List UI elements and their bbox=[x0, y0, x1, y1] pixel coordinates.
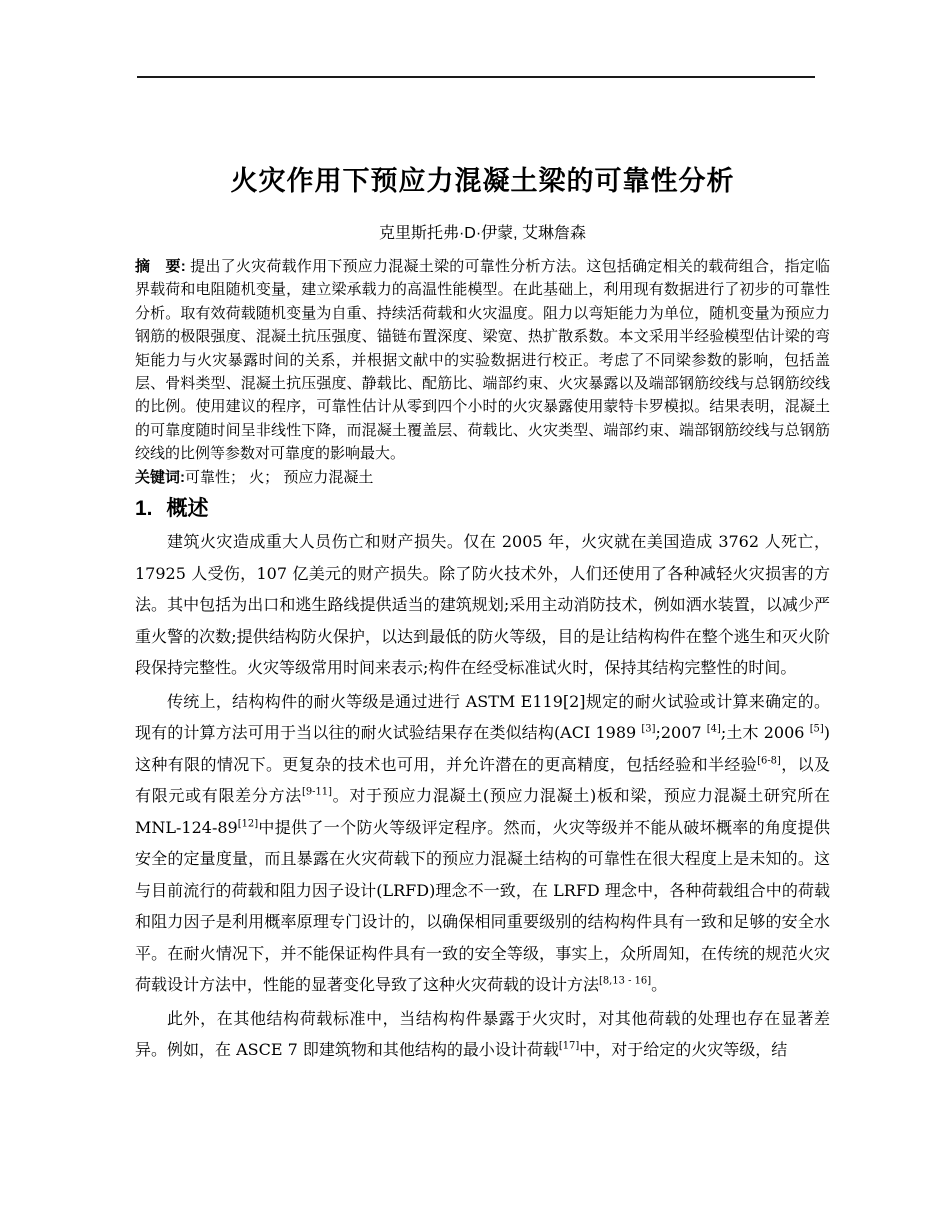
keywords-label: 关键词: bbox=[135, 469, 185, 486]
text-run: ;2007 bbox=[655, 723, 706, 742]
citation-ref: [5] bbox=[810, 724, 824, 735]
abstract-paragraph: 摘 要: 提出了火灾荷载作用下预应力混凝土梁的可靠性分析方法。这包括确定相关的载… bbox=[135, 255, 830, 466]
body-paragraph-1: 建筑火灾造成重大人员伤亡和财产损失。仅在 2005 年，火灾就在美国造成 376… bbox=[135, 526, 830, 684]
text-run: 中提供了一个防火等级评定程序。然而，火灾等级并不能从破坏概率的角度提供安全的定量… bbox=[135, 818, 830, 995]
citation-ref: [6-8] bbox=[757, 755, 781, 766]
paper-title: 火灾作用下预应力混凝土梁的可靠性分析 bbox=[135, 162, 830, 202]
paper-page: 火灾作用下预应力混凝土梁的可靠性分析 克里斯托弗·D·伊蒙, 艾琳詹森 摘 要:… bbox=[0, 0, 952, 1232]
keywords-line: 关键词:可靠性； 火； 预应力混凝土 bbox=[135, 466, 830, 489]
keywords-text: 可靠性； 火； 预应力混凝土 bbox=[185, 469, 373, 486]
citation-ref: [3] bbox=[641, 724, 655, 735]
citation-ref: [17] bbox=[559, 1041, 579, 1052]
page-content: 火灾作用下预应力混凝土梁的可靠性分析 克里斯托弗·D·伊蒙, 艾琳詹森 摘 要:… bbox=[135, 0, 830, 1066]
paper-authors: 克里斯托弗·D·伊蒙, 艾琳詹森 bbox=[135, 224, 830, 244]
citation-ref: [9-11] bbox=[302, 787, 332, 798]
citation-ref: [4] bbox=[707, 724, 721, 735]
text-run: 中，对于给定的火灾等级，结 bbox=[579, 1040, 787, 1059]
body-paragraph-3: 此外，在其他结构荷载标准中，当结构构件暴露于火灾时，对其他荷载的处理也存在显著差… bbox=[135, 1003, 830, 1066]
citation-ref: [12] bbox=[238, 818, 258, 829]
abstract-body: 提出了火灾荷载作用下预应力混凝土梁的可靠性分析方法。这包括确定相关的载荷组合，指… bbox=[135, 258, 830, 462]
text-run: ;土木 2006 bbox=[721, 723, 810, 742]
section-heading: 1.概述 bbox=[135, 494, 830, 524]
abstract-label: 摘 要: bbox=[135, 258, 186, 275]
section-number: 1. bbox=[135, 497, 153, 520]
body-paragraph-2: 传统上，结构构件的耐火等级是通过进行 ASTM E119[2]规定的耐火试验或计… bbox=[135, 686, 830, 1001]
citation-ref: [8,13 - 16] bbox=[599, 976, 651, 987]
section-title: 概述 bbox=[167, 497, 209, 520]
text-run: 建筑火灾造成重大人员伤亡和财产损失。仅在 2005 年，火灾就在美国造成 376… bbox=[135, 532, 830, 677]
text-run: 。 bbox=[651, 975, 667, 994]
